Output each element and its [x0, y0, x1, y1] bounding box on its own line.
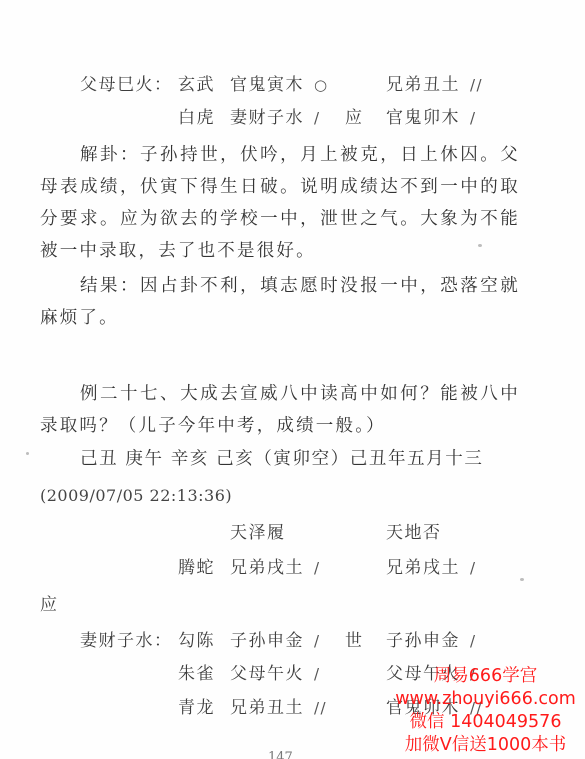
yang-line-mark-icon: /: [314, 557, 321, 579]
six-god: 玄武: [178, 74, 215, 96]
yang-line-mark-icon: /: [470, 630, 477, 652]
scan-speck: [520, 578, 524, 581]
document-page: 父母巳火： 玄武 官鬼寅木○ 兄弟丑土// 白虎 妻财子水/ 应 官鬼卯木/ 解…: [0, 0, 585, 759]
yao-line: 子孙申金/: [230, 630, 321, 652]
shi-marker: 世: [345, 630, 364, 652]
changed-yao-line: 兄弟戌土/: [386, 557, 477, 579]
line-prefix: 妻财子水：: [80, 630, 173, 652]
six-god: 勾陈: [178, 630, 215, 652]
changed-gua-name: 天地否: [386, 522, 442, 544]
six-god: 朱雀: [178, 663, 215, 685]
yao-label: 妻财子水: [230, 108, 304, 128]
yao-label: 官鬼寅木: [230, 75, 304, 95]
watermark-line: 微信 1404049576: [386, 711, 585, 734]
yin-line-mark-icon: //: [470, 74, 483, 96]
yao-line: 兄弟戌土/: [230, 557, 321, 579]
yang-line-mark-icon: /: [470, 107, 477, 129]
yao-label: 兄弟戌土: [386, 558, 460, 578]
yao-label: 兄弟戌土: [230, 558, 304, 578]
yao-label: 兄弟丑土: [386, 75, 460, 95]
yao-label: 官鬼卯木: [386, 108, 460, 128]
watermark: 周易666学宫 www.zhouyi666.com 微信 1404049576 …: [386, 665, 585, 757]
yang-line-mark-icon: /: [470, 557, 477, 579]
ying-marker: 应: [40, 595, 59, 615]
ganzhi-line: 己丑 庚午 辛亥 己亥（寅卯空）己丑年五月十三: [40, 443, 520, 475]
six-god: 青龙: [178, 697, 215, 719]
changed-yao-line: 子孙申金/: [386, 630, 477, 652]
scan-speck: [478, 244, 482, 247]
interpretation-paragraph: 解卦：子孙持世，伏吟，月上被克，日上休囚。父母表成绩，伏寅下得生日破。说明成绩达…: [40, 139, 520, 267]
main-gua-name: 天泽履: [230, 522, 286, 544]
moving-yang-mark-icon: ○: [314, 74, 329, 96]
yao-line: 父母午火/: [230, 663, 321, 685]
scan-speck: [26, 452, 29, 455]
ying-marker: 应: [345, 107, 364, 129]
six-god: 腾蛇: [178, 557, 215, 579]
yao-label: 子孙申金: [230, 631, 304, 651]
result-paragraph: 结果：因占卦不利，填志愿时没报一中，恐落空就麻烦了。: [40, 270, 520, 334]
watermark-line: 周易666学宫: [386, 665, 585, 688]
changed-yao-line: 兄弟丑土//: [386, 74, 483, 96]
yao-line: 妻财子水/: [230, 107, 321, 129]
page-number: 147: [268, 750, 293, 759]
stray-ying-label: 应: [40, 594, 59, 616]
yao-label: 子孙申金: [386, 631, 460, 651]
example-title: 例二十七、大成去宣威八中读高中如何？能被八中录取吗？（儿子今年中考，成绩一般。）: [40, 378, 520, 442]
yao-line: 兄弟丑土//: [230, 697, 327, 719]
yao-label: 父母午火: [230, 664, 304, 684]
yao-label: 兄弟丑土: [230, 698, 304, 718]
watermark-line: 加微V信送1000本书: [386, 734, 585, 757]
yin-line-mark-icon: //: [314, 697, 327, 719]
datetime: (2009/07/05 22:13:36): [40, 486, 232, 505]
six-god: 白虎: [178, 107, 215, 129]
yang-line-mark-icon: /: [314, 663, 321, 685]
yang-line-mark-icon: /: [314, 630, 321, 652]
yao-line: 官鬼寅木○: [230, 74, 329, 96]
yang-line-mark-icon: /: [314, 107, 321, 129]
changed-yao-line: 官鬼卯木/: [386, 107, 477, 129]
line-prefix: 父母巳火：: [80, 74, 173, 96]
watermark-url: www.zhouyi666.com: [386, 688, 585, 711]
